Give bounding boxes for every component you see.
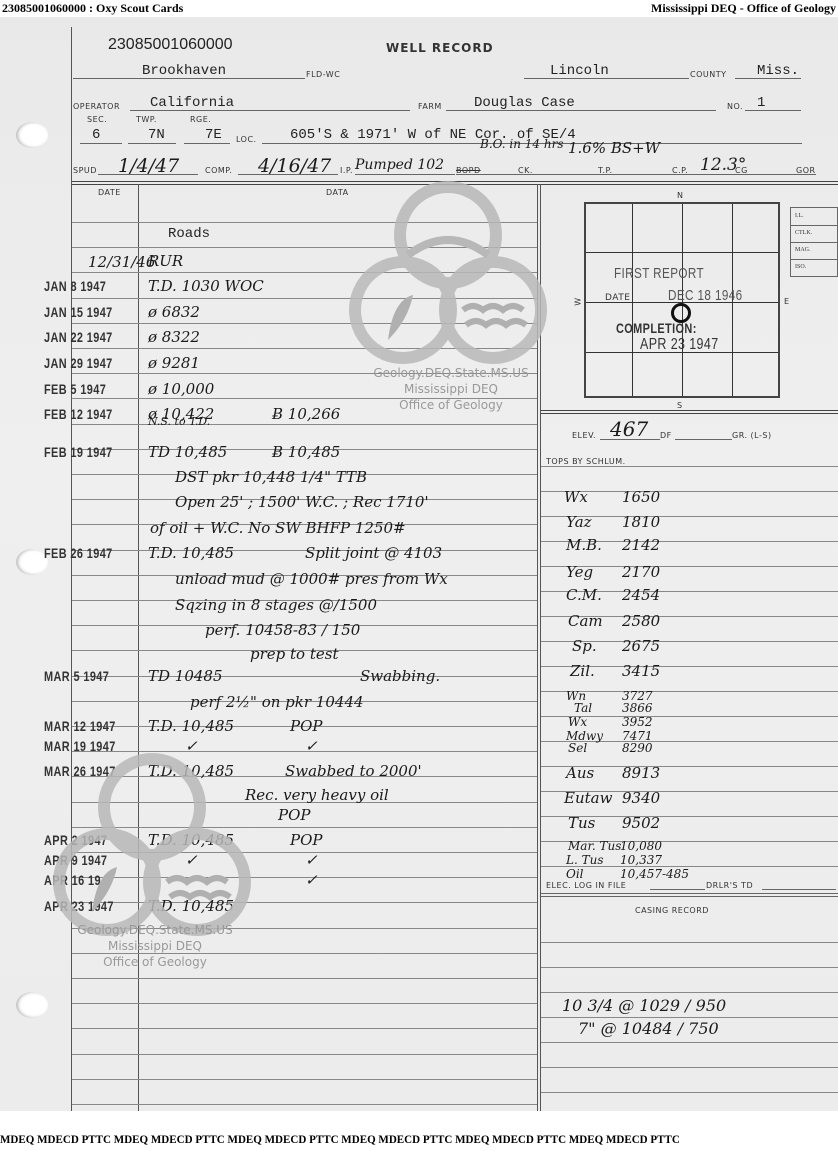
formation-name: C.M.	[566, 586, 602, 604]
formation-name: Mar. Tus	[568, 839, 621, 853]
log-data-secondary: Ƀ 10,485	[272, 443, 340, 461]
log-data-secondary: POP	[290, 717, 322, 735]
sec-value: 6	[92, 127, 100, 143]
log-data: prep to test	[250, 645, 338, 663]
log-data-secondary: Swabbing.	[360, 667, 440, 685]
mdeq-logo-watermark	[348, 180, 548, 370]
log-data-secondary: POP	[290, 831, 322, 849]
formation-name: Sp.	[572, 637, 597, 655]
formation-name: Sel	[568, 741, 587, 755]
state-value: Miss.	[757, 63, 799, 79]
log-data: ✓	[185, 871, 198, 889]
log-data: ø 9281	[148, 354, 200, 372]
log-data: ø 6832	[148, 303, 200, 321]
watermark-url: Geology.DEQ.State.MS.US	[60, 923, 250, 937]
log-date: 12/31/46	[88, 253, 155, 271]
log-data: T.D. 10,485	[148, 717, 234, 735]
stamp-il: I.L.	[795, 213, 804, 219]
log-data: perf. 10458-83 / 150	[205, 621, 360, 639]
log-data-secondary: Split joint @ 4103	[305, 544, 442, 562]
watermark-line2: Mississippi DEQ	[356, 382, 546, 396]
formation-name: Eutaw	[564, 789, 612, 807]
log-data: N.S. to T.D.	[148, 415, 210, 428]
field-value: Brookhaven	[142, 63, 226, 79]
log-date: MAR 26 1947	[44, 763, 116, 779]
well-no-value: 1	[757, 95, 765, 111]
tops-label: TOPS BY SCHLUM.	[546, 457, 626, 466]
farm-label: FARM	[418, 102, 442, 111]
formation-depth: 9502	[622, 814, 660, 832]
log-date: APR 16 1947	[44, 872, 114, 888]
log-data-secondary: Ƀ 10,266	[272, 405, 340, 423]
document-header-left: 23085001060000 : Oxy Scout Cards	[2, 0, 183, 16]
log-data: T.D. 1030 WOC	[148, 277, 264, 295]
log-data: TD 10485	[148, 667, 223, 685]
map-south: S	[677, 401, 683, 410]
watermark-line2: Mississippi DEQ	[60, 939, 250, 953]
field-label: FLD-WC	[306, 70, 340, 79]
comp-label: COMP.	[205, 166, 232, 175]
formation-depth: 2675	[622, 637, 660, 655]
formation-name: Zil.	[570, 662, 595, 680]
log-data: ø 10,000	[148, 380, 214, 398]
log-date: FEB 12 1947	[44, 406, 113, 422]
log-data: Rec. very heavy oil	[245, 786, 389, 804]
elev-label: ELEV.	[572, 431, 596, 440]
drlr-td-label: DRLR'S TD	[706, 881, 753, 890]
formation-depth: 10,080	[620, 839, 662, 853]
stamp-ctlk: CTLK.	[795, 230, 812, 236]
casing-record-label: CASING RECORD	[635, 906, 709, 915]
log-date: APR 9 1947	[44, 852, 107, 868]
elev-value: 467	[610, 417, 648, 441]
formation-depth: 2580	[622, 612, 660, 630]
stamp-mag: MAG.	[795, 247, 811, 253]
data-column-header: DATA	[326, 188, 349, 197]
log-date: JAN 29 1947	[44, 355, 113, 371]
ip-label: I.P.	[340, 166, 353, 175]
punch-hole	[16, 992, 48, 1018]
formation-name: Wx	[564, 488, 588, 506]
formation-depth: 3952	[622, 715, 653, 729]
formation-depth: 8913	[622, 764, 660, 782]
ip-value: Pumped 102	[355, 157, 444, 173]
log-data-secondary: ✓	[305, 737, 318, 755]
log-data: ø 8322	[148, 328, 200, 346]
formation-depth: 2142	[622, 536, 660, 554]
first-report-date: DEC 18 1946	[668, 287, 743, 304]
formation-depth: 9340	[622, 789, 660, 807]
log-data: ✓	[185, 851, 198, 869]
log-date: JAN 8 1947	[44, 278, 106, 294]
rge-label: RGE.	[190, 115, 211, 124]
map-north: N	[677, 191, 683, 200]
spud-label: SPUD	[73, 166, 97, 175]
formation-name: Cam	[568, 612, 603, 630]
formation-name: L. Tus	[566, 853, 604, 867]
log-data: Sqzing in 8 stages @/1500	[175, 596, 377, 614]
bs-note: 1.6% BS+W	[568, 139, 660, 157]
map-east: E	[784, 297, 790, 306]
formation-depth: 3866	[622, 701, 653, 715]
completion-label: COMPLETION:	[616, 320, 697, 336]
formation-depth: 3415	[622, 662, 660, 680]
document-header-right: Mississippi DEQ - Office of Geology	[651, 0, 836, 16]
log-date: MAR 5 1947	[44, 668, 109, 684]
log-check-box: I.L. CTLK. MAG. ISO.	[790, 207, 838, 277]
log-data-secondary: ✓	[305, 851, 318, 869]
formation-depth: 1810	[622, 513, 660, 531]
operator-label: OPERATOR	[73, 102, 120, 111]
formation-depth: 1650	[622, 488, 660, 506]
df-label: DF	[660, 431, 672, 440]
log-date: JAN 22 1947	[44, 329, 113, 345]
well-record-card: 23085001060000 WELL RECORD Brookhaven FL…	[0, 17, 838, 1111]
formation-name: Oil	[566, 867, 584, 881]
log-data-secondary: Swabbed to 2000'	[285, 762, 422, 780]
loc-label: LOC.	[236, 135, 257, 144]
log-data-secondary: ✓	[305, 871, 318, 889]
api-number: 23085001060000	[108, 36, 233, 54]
well-no-label: NO.	[727, 102, 743, 111]
formation-name: Aus	[566, 764, 594, 782]
bo-note: B.O. in 14 hrs	[480, 137, 563, 151]
first-report-label: FIRST REPORT	[614, 265, 704, 282]
log-data: Open 25' ; 1500' W.C. ; Rec 1710'	[175, 493, 429, 511]
formation-depth: 10,457-485	[620, 867, 689, 881]
sec-label: SEC.	[87, 115, 107, 124]
log-date: APR 23 1947	[44, 898, 114, 914]
log-date: APR 2 1947	[44, 832, 107, 848]
watermark-url: Geology.DEQ.State.MS.US	[356, 366, 546, 380]
formation-depth: 2454	[622, 586, 660, 604]
formation-name: Yaz	[566, 513, 592, 531]
watermark-line3: Office of Geology	[60, 955, 250, 969]
log-data: T.D. 10,485	[148, 762, 234, 780]
first-report-date-label: DATE	[605, 293, 630, 303]
date-column-header: DATE	[98, 188, 121, 197]
log-data: T.D. 10,485	[148, 897, 234, 915]
log-date: FEB 5 1947	[44, 381, 106, 397]
log-data: RUR	[148, 252, 183, 270]
operator-value: California	[150, 95, 234, 111]
log-data: unload mud @ 1000# pres from Wx	[175, 570, 448, 588]
log-data: POP	[278, 806, 310, 824]
data-column-divider	[537, 184, 538, 1111]
watermark-line3: Office of Geology	[356, 398, 546, 412]
log-data: perf 2½" on pkr 10444	[190, 693, 364, 711]
log-data: T.D. 10,485	[148, 544, 234, 562]
elec-log-label: ELEC. LOG IN FILE	[546, 881, 626, 890]
formation-depth: 8290	[622, 741, 653, 755]
map-west: W	[574, 297, 583, 305]
log-data: DST pkr 10,448 1/4" TTB	[175, 468, 367, 486]
log-data: Roads	[168, 226, 210, 242]
log-date: MAR 19 1947	[44, 738, 116, 754]
formation-name: Tal	[574, 701, 592, 715]
twp-label: TWP.	[136, 115, 157, 124]
gr-label: GR. (L-S)	[732, 431, 772, 440]
stamp-iso: ISO.	[795, 264, 806, 270]
formation-name: Wx	[568, 715, 587, 729]
log-date: JAN 15 1947	[44, 304, 113, 320]
farm-value: Douglas Case	[474, 95, 575, 111]
formation-name: M.B.	[566, 536, 602, 554]
form-title: WELL RECORD	[386, 41, 494, 55]
formation-depth: 2170	[622, 563, 660, 581]
county-value: Lincoln	[550, 63, 609, 79]
log-data: ✓	[185, 737, 198, 755]
casing-entry: 7" @ 10484 / 750	[578, 1019, 719, 1038]
rge-value: 7E	[205, 127, 222, 143]
county-label: COUNTY	[690, 70, 727, 79]
log-date: MAR 12 1947	[44, 718, 116, 734]
log-data: T.D. 10,485	[148, 831, 234, 849]
formation-name: Tus	[568, 814, 595, 832]
formation-depth: 10,337	[620, 853, 662, 867]
punch-hole	[16, 122, 48, 148]
log-data: of oil + W.C. No SW BHFP 1250#	[150, 519, 406, 537]
completion-date: APR 23 1947	[640, 336, 719, 354]
twp-value: 7N	[148, 127, 165, 143]
log-date: FEB 19 1947	[44, 444, 113, 460]
casing-entry: 10 3/4 @ 1029 / 950	[562, 996, 726, 1015]
footer-banner: MDEQ MDECD PTTC MDEQ MDECD PTTC MDEQ MDE…	[0, 1132, 771, 1147]
log-date: FEB 26 1947	[44, 545, 113, 561]
log-data: TD 10,485	[148, 443, 227, 461]
formation-name: Yeg	[566, 563, 593, 581]
